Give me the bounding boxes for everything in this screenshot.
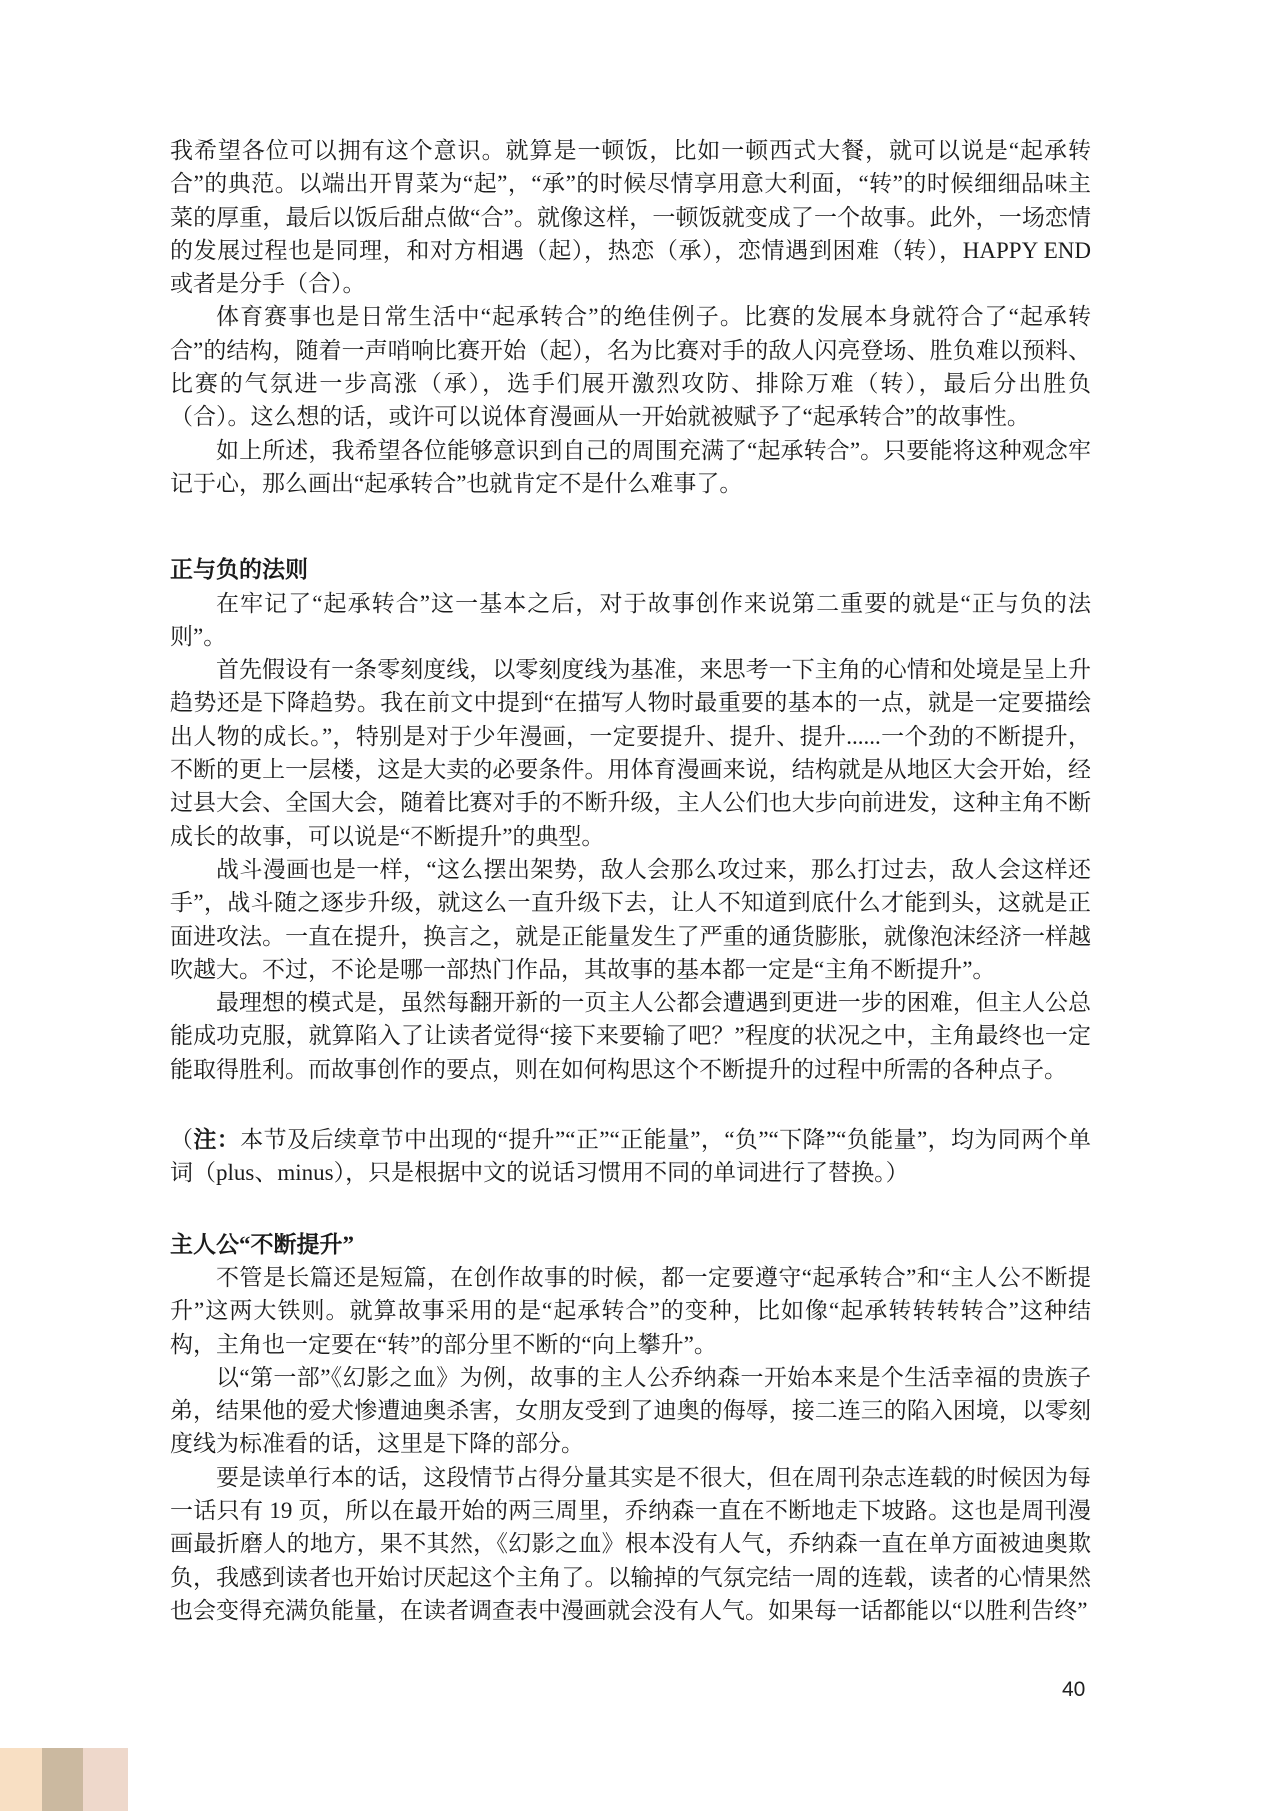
note-label: 注： [193,1127,240,1152]
page-number: 40 [1062,1678,1102,1702]
section-heading-protagonist-keeps-rising: 主人公“不断提升” [170,1228,1091,1261]
protagonist-paragraph-2: 以“第一部”《幻影之血》为例，故事的主人公乔纳森一开始本来是个生活幸福的贵族子弟… [170,1361,1091,1461]
note-open-paren: （ [170,1127,193,1152]
book-page: 我希望各位可以拥有这个意识。就算是一顿饭，比如一顿西式大餐，就可以说是“起承转合… [0,0,1280,1811]
protagonist-paragraph-3: 要是读单行本的话，这段情节占得分量其实是不很大，但在周刊杂志连载的时候因为每一话… [170,1461,1091,1627]
law-paragraph-3: 战斗漫画也是一样，“这么摆出架势，敌人会那么攻过来，那么打过去，敌人会这样还手”… [170,853,1091,986]
note-paragraph: （注：本节及后续章节中出现的“提升”“正”“正能量”，“负”“下降”“负能量”，… [170,1123,1091,1190]
intro-paragraph-2: 体育赛事也是日常生活中“起承转合”的绝佳例子。比赛的发展本身就符合了“起承转合”… [170,300,1091,433]
text-column: 我希望各位可以拥有这个意识。就算是一顿饭，比如一顿西式大餐，就可以说是“起承转合… [170,134,1091,1627]
intro-paragraph-1: 我希望各位可以拥有这个意识。就算是一顿饭，比如一顿西式大餐，就可以说是“起承转合… [170,134,1091,300]
protagonist-paragraph-1: 不管是长篇还是短篇，在创作故事的时候，都一定要遵守“起承转合”和“主人公不断提升… [170,1261,1091,1361]
color-swatch-peach [0,1748,42,1811]
note-body: 本节及后续章节中出现的“提升”“正”“正能量”，“负”“下降”“负能量”，均为同… [170,1127,1091,1185]
law-paragraph-4: 最理想的模式是，虽然每翻开新的一页主人公都会遭遇到更进一步的困难，但主人公总能成… [170,986,1091,1086]
color-swatch-rose [83,1748,128,1811]
law-paragraph-2: 首先假设有一条零刻度线，以零刻度线为基准，来思考一下主角的心情和处境是呈上升趋势… [170,653,1091,853]
section-heading-law-of-positive-negative: 正与负的法则 [170,553,1091,586]
law-paragraph-1: 在牢记了“起承转合”这一基本之后，对于故事创作来说第二重要的就是“正与负的法则”… [170,587,1091,654]
bottom-color-swatches [0,1748,128,1811]
intro-paragraph-3: 如上所述，我希望各位能够意识到自己的周围充满了“起承转合”。只要能将这种观念牢记… [170,434,1091,501]
color-swatch-tan [42,1748,83,1811]
